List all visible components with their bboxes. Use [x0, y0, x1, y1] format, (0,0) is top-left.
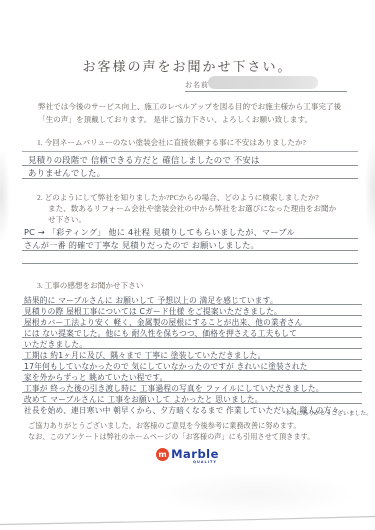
handwritten-line: には ない提案でした。他にも 耐久性を保ちつつ、価格を押さえる工夫もして	[22, 327, 362, 338]
handwritten-line: 17年何もしていなかったので 気にしていなかったのですが きれいに塗装された	[22, 360, 362, 371]
footer-note: ご協力ありがとうございました。お客様のご意見を今後参考に業務改善に努めます。 な…	[28, 421, 360, 443]
question-1-label: 1. 今回ネームバリューのない塗装会社に直接依頼する事に不安はありましたか?	[37, 137, 357, 148]
handwritten-line: 見積りの段階で 信頼できる方だと 確信しましたので 不安は	[22, 152, 358, 166]
intro-line: 「生の声」を頂戴しております。 是非ご協力下さい、よろしくお願い致します。	[38, 113, 356, 126]
name-label: お名前	[185, 80, 209, 90]
question-1-answer: 見積りの段階で 信頼できる方だと 確信しましたので 不安は ありませんでした。	[22, 151, 358, 179]
handwritten-line: 見積りの際 屋根工事については Cガード仕様 をご提案いただきました。	[22, 305, 362, 316]
marble-wordmark: Marble QUALITY	[171, 448, 219, 464]
question-2-label: 2. どのようにして弊社を知りましたか?PCからの場合、どのように検索しましたか…	[37, 192, 357, 226]
handwritten-line: PC → 「彩ティング」 他に 4社程 見積りしてもらいましたが、マーブル	[22, 226, 358, 239]
marble-logo: m Marble QUALITY	[0, 448, 375, 464]
question-2-answer: PC → 「彩ティング」 他に 4社程 見積りしてもらいましたが、マーブル さん…	[22, 226, 358, 251]
scan-smudge	[0, 148, 10, 243]
marble-wordmark-text: Marble	[171, 448, 219, 460]
name-redaction-blur	[208, 76, 318, 89]
footer-line: ご協力ありがとうございました。お客様のご意見を今後参考に業務改善に努めます。	[28, 421, 360, 432]
question-2-label-line: 2. どのようにして弊社を知りましたか?PCからの場合、どのように検索しましたか…	[37, 192, 357, 203]
handwritten-line: 工期は 約1ヶ月に及び、隅々まで 丁寧に 塗装していただきました。	[22, 349, 362, 360]
scan-smudge	[155, 472, 355, 516]
handwritten-line: 家を外からずっと 眺めていたい程です。	[22, 371, 362, 382]
handwritten-line: ありませんでした。	[22, 166, 358, 180]
scanned-survey-page: お客様の声をお聞かせ下さい。 お名前 弊社では今後のサービス向上、施工のレベルア…	[0, 0, 375, 530]
handwritten-line: 工事が 終った後の引き渡し時に 工事過程の写真を ファイルにしていただきました。	[22, 382, 362, 393]
handwritten-line: 結果的に マーブルさんに お願いして 予想以上の 満足を感じています。	[22, 294, 362, 305]
intro-line: 弊社では今後のサービス向上、施工のレベルアップを図る目的でお施主様から工事完了後	[38, 100, 356, 113]
question-2-label-line: せ下さい。	[37, 214, 357, 225]
question-3-answer: 結果的に マーブルさんに お願いして 予想以上の 満足を感じています。 見積りの…	[22, 294, 362, 415]
intro-text: 弊社では今後のサービス向上、施工のレベルアップを図る目的でお施主様から工事完了後…	[38, 100, 356, 126]
scan-smudge	[365, 138, 375, 243]
blank-ruled-line	[22, 263, 358, 264]
footer-line: なお、このアンケートは弊社のホームページの「お客様の声」にも引用させて頂きます。	[28, 432, 360, 443]
marble-logo-m-icon: m	[156, 448, 169, 461]
handwritten-line: いただきました。	[22, 338, 362, 349]
question-2-label-line: また、数あるリフォーム会社や塗装会社の中から弊社をお選びになった理由をお聞か	[37, 203, 357, 214]
page-title: お客様の声をお聞かせ下さい。	[0, 56, 375, 75]
question-3-label: 3. 工事の感想をお聞かせ下さい	[37, 280, 357, 291]
handwritten-line: 改めて マーブルさんに 工事をお願いして よかったと 思いました。	[22, 393, 362, 404]
handwritten-line: 屋根カバー工法より安く 軽く、金属製の屋根にすることが出来、他の業者さん	[22, 316, 362, 327]
handwritten-thanks-note: 本当にありがとうございました。	[285, 408, 372, 417]
name-field: お名前	[185, 78, 347, 92]
handwritten-line: さんが一番 的確で丁寧な 見積りだったので お願いしました。	[22, 239, 358, 252]
